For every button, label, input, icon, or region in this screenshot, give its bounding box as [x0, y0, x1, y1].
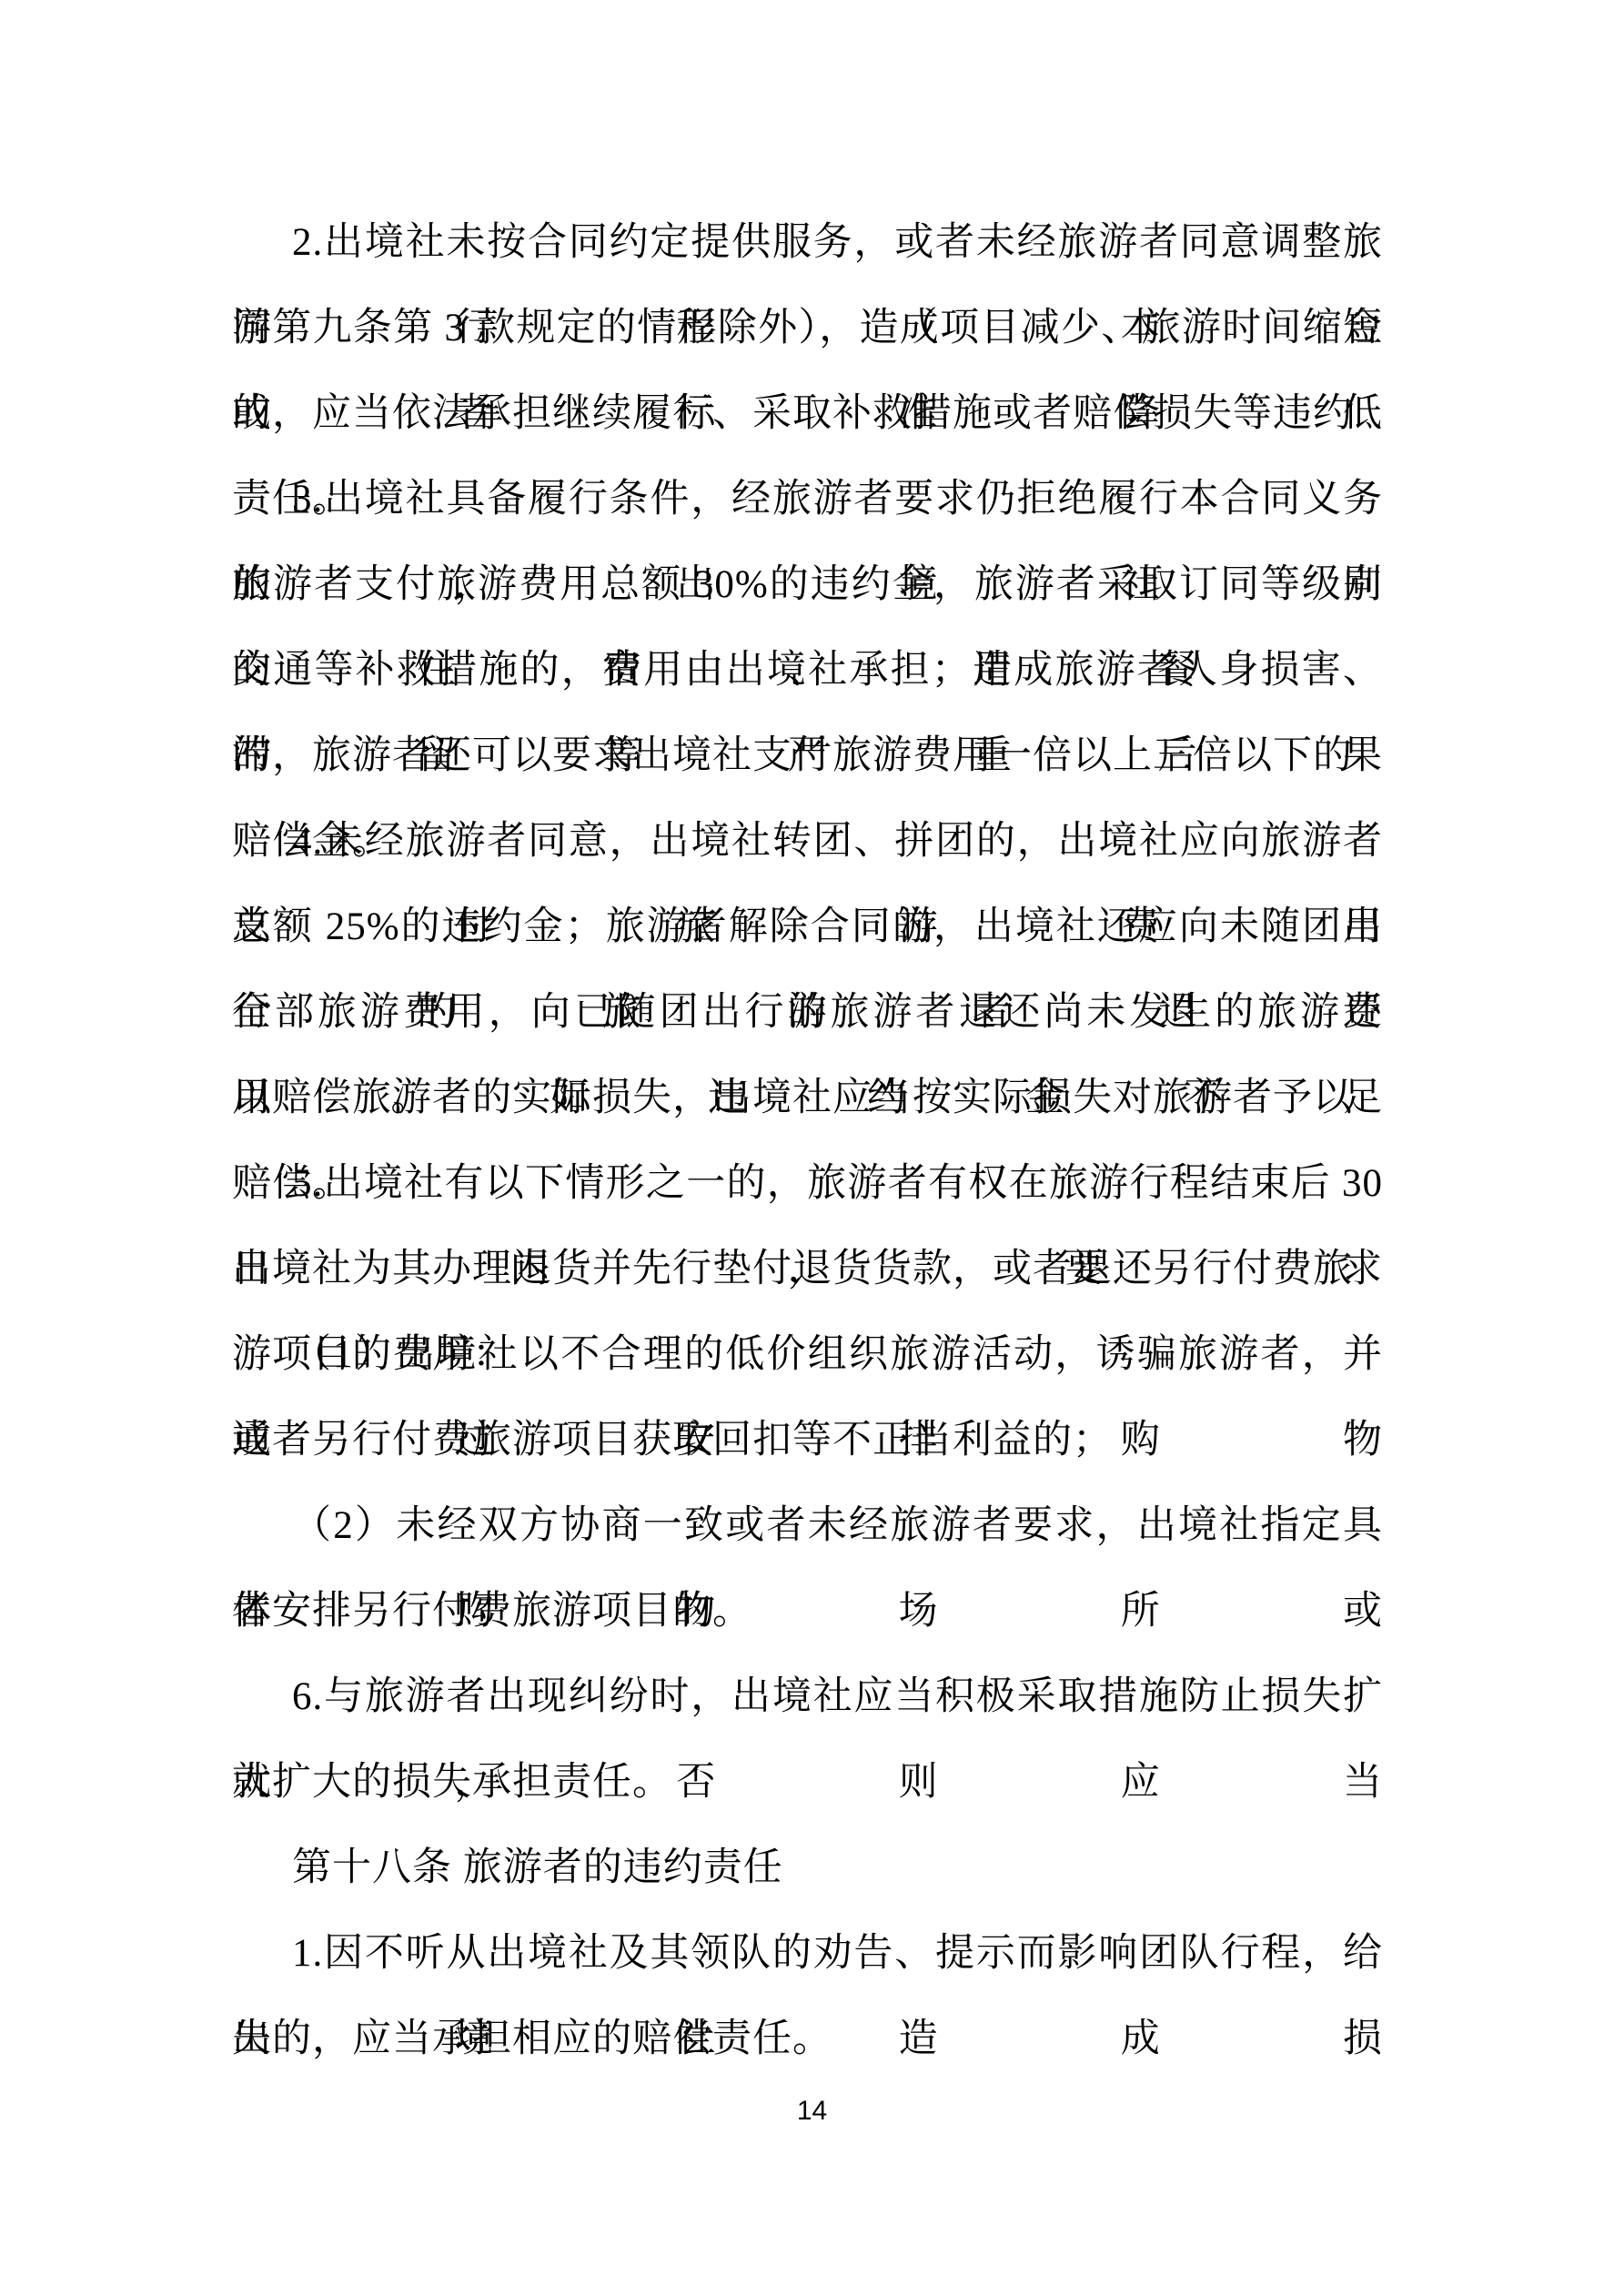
- text-block: 2.出境社未按合同约定提供服务，或者未经旅游者同意调整旅游行程（本合同第九条第 …: [232, 200, 1383, 2082]
- document-line: （2）未经双方协商一致或者未经旅游者要求，出境社指定具体购物场所或: [232, 1483, 1383, 1569]
- document-line: 的，旅游者还可以要求出境社支付旅游费用一倍以上三倍以下的赔偿金。: [232, 713, 1383, 799]
- document-line: 6.与旅游者出现纠纷时，出境社应当积极采取措施防止损失扩大，否则应当: [232, 1654, 1383, 1740]
- document-line: 全部旅游费用，向已随团出行的旅游者退还尚未发生的旅游费用。如违约金不足: [232, 970, 1383, 1056]
- document-line: 1.因不听从出境社及其领队的劝告、提示而影响团队行程，给出境社造成损: [232, 1911, 1383, 1997]
- document-line: 3.出境社具备履行条件，经旅游者要求仍拒绝履行本合同义务的，出境社向: [232, 457, 1383, 542]
- document-line: 同第九条第 3 款规定的情形除外），造成项目减少、旅游时间缩短或者标准降低: [232, 286, 1383, 371]
- document-line: 2.出境社未按合同约定提供服务，或者未经旅游者同意调整旅游行程（本合: [232, 200, 1383, 286]
- document-line: 5.出境社有以下情形之一的，旅游者有权在旅游行程结束后 30 日内，要求: [232, 1141, 1383, 1227]
- document-line: 的，应当依法承担继续履行、采取补救措施或者赔偿损失等违约责任。: [232, 371, 1383, 457]
- document-line: （1）出境社以不合理的低价组织旅游活动，诱骗旅游者，并通过安排购物: [232, 1312, 1383, 1398]
- page-number: 14: [0, 2094, 1624, 2129]
- document-line: 出境社为其办理退货并先行垫付退货货款，或者退还另行付费旅游项目的费用：: [232, 1227, 1383, 1312]
- document-line: 以赔偿旅游者的实际损失，出境社应当按实际损失对旅游者予以赔偿。: [232, 1056, 1383, 1141]
- section-heading-line: 第十八条 旅游者的违约责任: [232, 1826, 1383, 1911]
- document-page: 2.出境社未按合同约定提供服务，或者未经旅游者同意调整旅游行程（本合同第九条第 …: [0, 0, 1624, 2296]
- document-line: 总额 25%的违约金；旅游者解除合同的，出境社还应向未随团出行的旅游者退还: [232, 885, 1383, 970]
- document-line: 交通等补救措施的，费用由出境社承担；造成旅游者人身损害、滞留等严重后果: [232, 628, 1383, 713]
- document-line: 4.未经旅游者同意，出境社转团、拼团的，出境社应向旅游者支付旅游费用: [232, 799, 1383, 885]
- document-line: 旅游者支付旅游费用总额 30%的违约金，旅游者采取订同等级别的住宿、用餐、: [232, 542, 1383, 628]
